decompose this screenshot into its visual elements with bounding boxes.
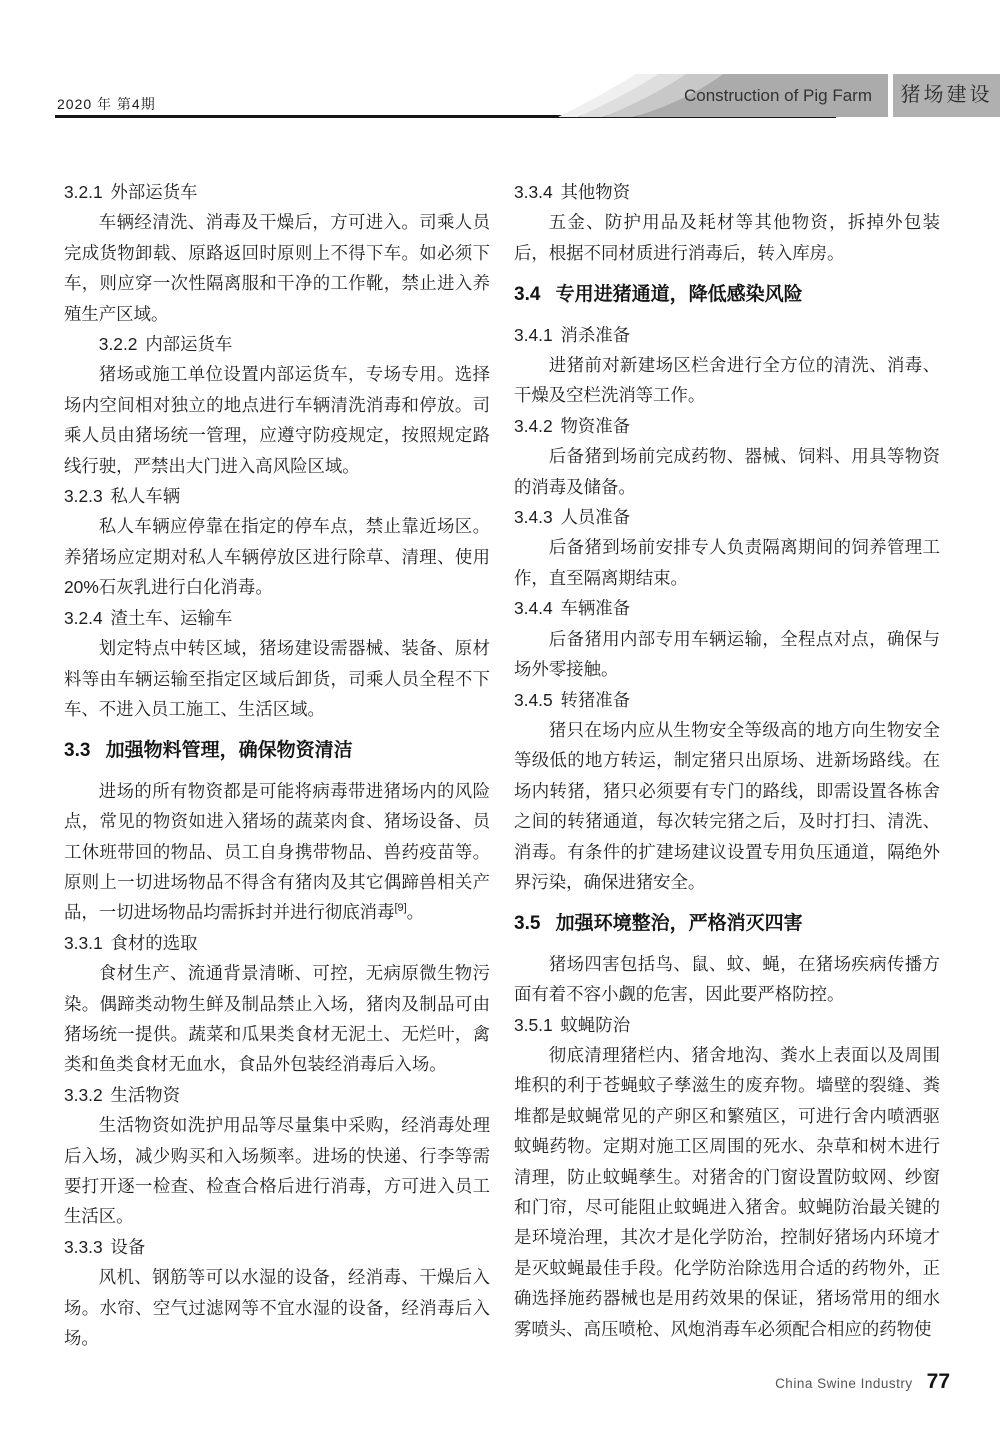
heading-number: 3.3.4 [514, 182, 553, 202]
reference-marker: [9] [394, 903, 406, 915]
heading-title: 渣土车、运输车 [111, 608, 233, 628]
heading-title: 加强环境整治，严格消灭四害 [556, 913, 803, 934]
section-heading: 3.5加强环境整治，严格消灭四害 [514, 909, 940, 939]
paragraph: 后备猪用内部专用车辆运输，全程点对点，确保与场外零接触。 [514, 624, 940, 685]
subsection-heading: 3.2.1外部运货车 [64, 177, 490, 207]
heading-number: 3.3 [64, 740, 90, 761]
heading-title: 消杀准备 [561, 325, 631, 345]
section-heading: 3.3加强物料管理，确保物资清洁 [64, 736, 490, 766]
paragraph: 猪只在场内应从生物安全等级高的地方向生物安全等级低的地方转运，制定猪只出原场、进… [514, 715, 940, 897]
subsection-heading: 3.2.2内部运货车 [64, 329, 490, 359]
heading-title: 专用进猪通道，降低感染风险 [556, 284, 803, 305]
heading-title: 设备 [111, 1237, 146, 1257]
heading-number: 3.2.2 [99, 334, 138, 354]
paragraph: 进猪前对新建场区栏舍进行全方位的清洗、消毒、干燥及空栏洗消等工作。 [514, 350, 940, 411]
paragraph: 食材生产、流通背景清晰、可控，无病原微生物污染。偶蹄类动物生鲜及制品禁止入场，猪… [64, 958, 490, 1080]
subsection-heading: 3.3.1食材的选取 [64, 928, 490, 958]
banner-title-en: Construction of Pig Farm [558, 74, 888, 117]
subsection-heading: 3.2.4渣土车、运输车 [64, 603, 490, 633]
paragraph: 生活物资如洗护用品等尽量集中采购，经消毒处理后入场，减少购买和入场频率。进场的快… [64, 1110, 490, 1232]
heading-title: 转猪准备 [561, 690, 631, 710]
heading-number: 3.3.2 [64, 1085, 103, 1105]
subsection-heading: 3.2.3私人车辆 [64, 481, 490, 511]
heading-title: 食材的选取 [111, 933, 198, 953]
section-heading: 3.4专用进猪通道，降低感染风险 [514, 280, 940, 310]
heading-title: 加强物料管理，确保物资清洁 [106, 740, 353, 761]
journal-page: 2020 年 第4期 Construction of Pig Farm 猪场建设… [0, 0, 1000, 1439]
paragraph: 彻底清理猪栏内、猪舍地沟、粪水上表面以及周围堆积的利于苍蝇蚊子孳滋生的废弃物。墙… [514, 1040, 940, 1344]
heading-number: 3.4.3 [514, 507, 553, 527]
subsection-heading: 3.3.3设备 [64, 1232, 490, 1262]
heading-number: 3.5 [514, 913, 540, 934]
header-banner: Construction of Pig Farm [558, 74, 888, 117]
subsection-heading: 3.3.2生活物资 [64, 1080, 490, 1110]
heading-number: 3.4.5 [514, 690, 553, 710]
heading-number: 3.4.1 [514, 325, 553, 345]
heading-number: 3.2.3 [64, 486, 103, 506]
paragraph: 进场的所有物资都是可能将病毒带进猪场内的风险点，常见的物资如进入猪场的蔬菜肉食、… [64, 776, 490, 928]
heading-title: 车辆准备 [561, 598, 631, 618]
heading-number: 3.5.1 [514, 1015, 553, 1035]
paragraph: 私人车辆应停靠在指定的停车点，禁止靠近场区。养猪场应定期对私人车辆停放区进行除草… [64, 511, 490, 602]
subsection-heading: 3.4.5转猪准备 [514, 685, 940, 715]
paragraph: 猪场四害包括鸟、鼠、蚊、蝇，在猪场疾病传播方面有着不容小觑的危害，因此要严格防控… [514, 949, 940, 1010]
heading-title: 内部运货车 [145, 334, 232, 354]
heading-number: 3.4.2 [514, 416, 553, 436]
heading-number: 3.2.1 [64, 182, 103, 202]
page-footer: China Swine Industry 77 [775, 1370, 950, 1394]
paragraph: 猪场或施工单位设置内部运货车，专场专用。选择场内空间相对独立的地点进行车辆清洗消… [64, 359, 490, 481]
heading-title: 生活物资 [111, 1085, 181, 1105]
heading-number: 3.2.4 [64, 608, 103, 628]
paragraph: 后备猪到场前完成药物、器械、饲料、用具等物资的消毒及储备。 [514, 441, 940, 502]
subsection-heading: 3.5.1蚊蝇防治 [514, 1010, 940, 1040]
heading-title: 外部运货车 [111, 182, 198, 202]
subsection-heading: 3.4.3人员准备 [514, 502, 940, 532]
issue-label: 2020 年 第4期 [57, 94, 156, 114]
page-number: 77 [927, 1370, 950, 1394]
subsection-heading: 3.3.4其他物资 [514, 177, 940, 207]
heading-title: 其他物资 [561, 182, 631, 202]
heading-number: 3.4.4 [514, 598, 553, 618]
section-tab: 猪场建设 [893, 74, 1000, 117]
heading-number: 3.4 [514, 284, 540, 305]
heading-title: 蚊蝇防治 [561, 1015, 631, 1035]
heading-number: 3.3.3 [64, 1237, 103, 1257]
paragraph: 五金、防护用品及耗材等其他物资，拆掉外包装后，根据不同材质进行消毒后，转入库房。 [514, 207, 940, 268]
paragraph: 风机、钢筋等可以水湿的设备，经消毒、干燥后入场。水帘、空气过滤网等不宜水湿的设备… [64, 1262, 490, 1353]
journal-name: China Swine Industry [775, 1376, 913, 1391]
right-column: 3.3.4其他物资五金、防护用品及耗材等其他物资，拆掉外包装后，根据不同材质进行… [514, 177, 940, 1344]
left-column: 3.2.1外部运货车车辆经清洗、消毒及干燥后，方可进入。司乘人员完成货物卸载、原… [64, 177, 490, 1353]
heading-number: 3.3.1 [64, 933, 103, 953]
heading-title: 物资准备 [561, 416, 631, 436]
paragraph: 后备猪到场前安排专人负责隔离期间的饲养管理工作，直至隔离期结束。 [514, 532, 940, 593]
paragraph: 车辆经清洗、消毒及干燥后，方可进入。司乘人员完成货物卸载、原路返回时原则上不得下… [64, 207, 490, 329]
subsection-heading: 3.4.4车辆准备 [514, 593, 940, 623]
heading-title: 私人车辆 [111, 486, 181, 506]
heading-title: 人员准备 [561, 507, 631, 527]
subsection-heading: 3.4.2物资准备 [514, 411, 940, 441]
paragraph: 划定特点中转区域，猪场建设需器械、装备、原材料等由车辆运输至指定区域后卸货，司乘… [64, 633, 490, 724]
subsection-heading: 3.4.1消杀准备 [514, 320, 940, 350]
